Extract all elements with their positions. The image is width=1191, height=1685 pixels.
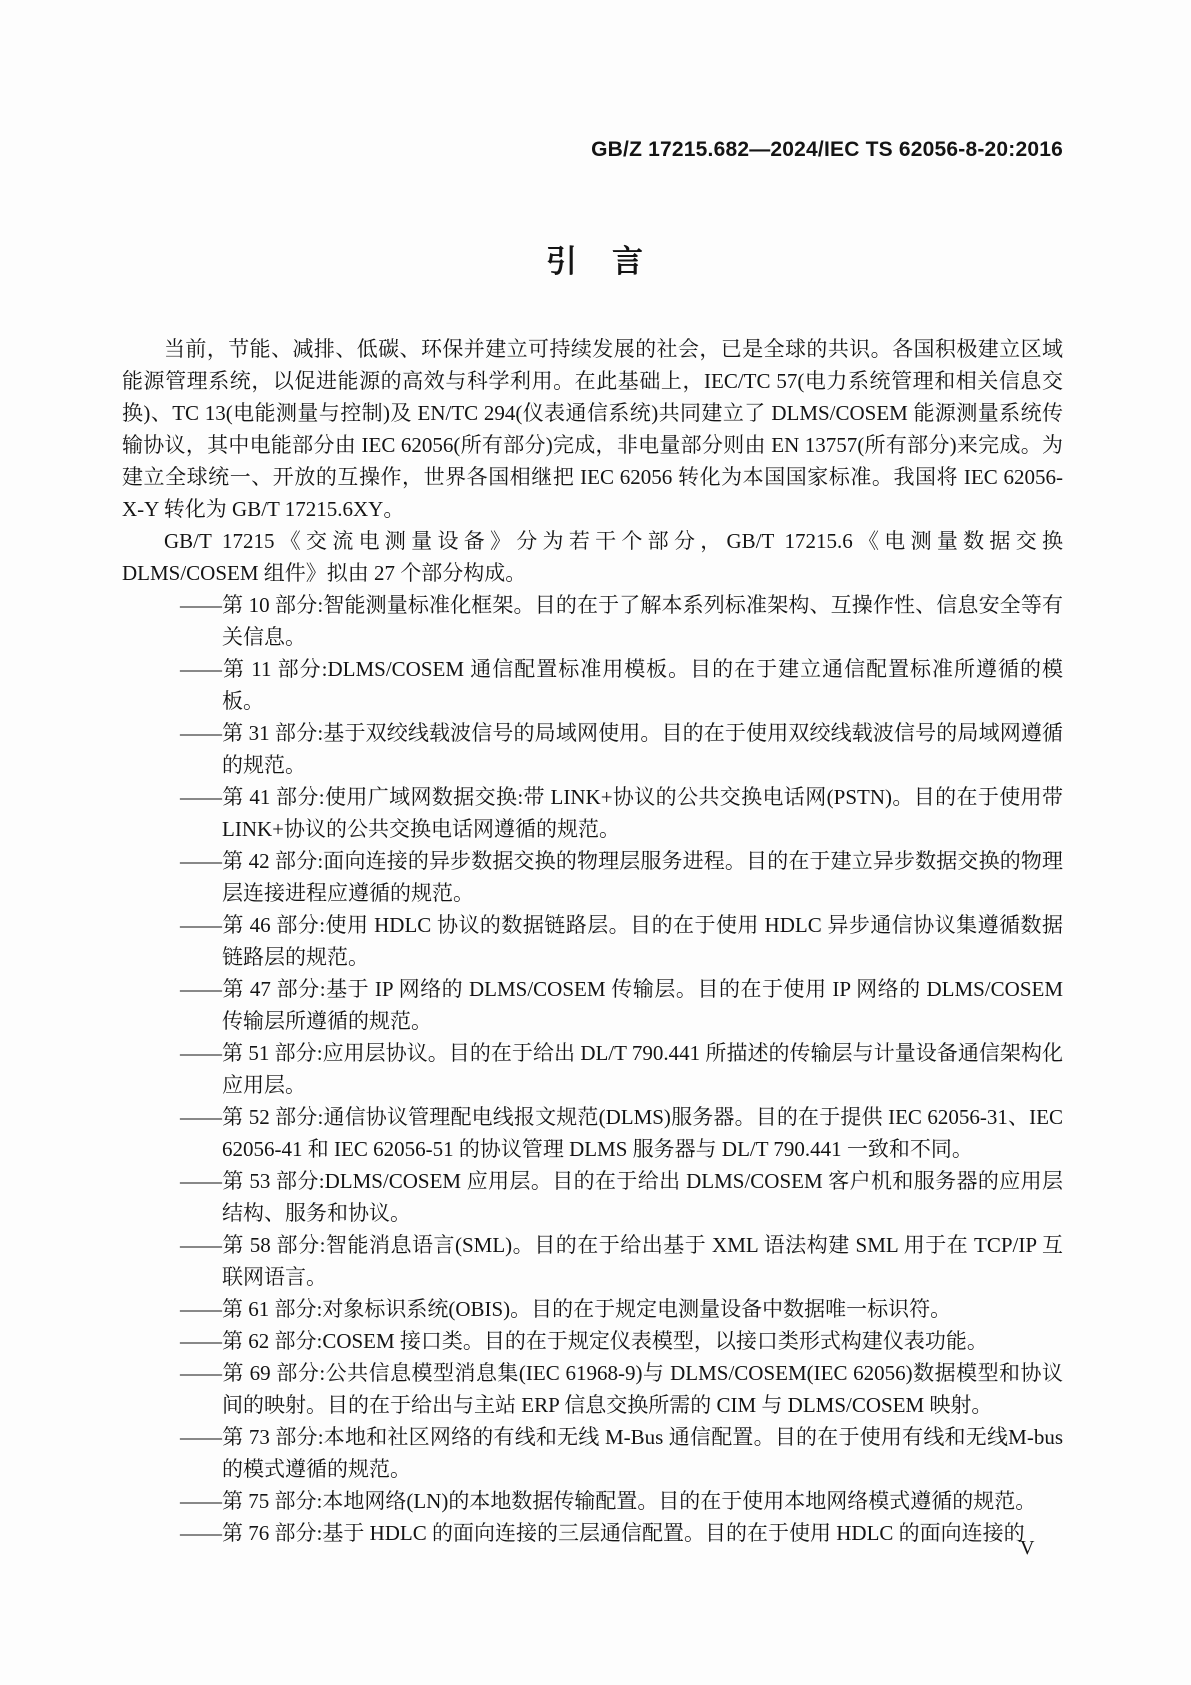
parts-list-item-61: ——第 61 部分:对象标识系统(OBIS)。目的在于规定电测量设备中数据唯一标… xyxy=(122,1293,1063,1325)
parts-list-item-76: ——第 76 部分:基于 HDLC 的面向连接的三层通信配置。目的在于使用 HD… xyxy=(122,1517,1063,1549)
introduction-body: 当前，节能、减排、低碳、环保并建立可持续发展的社会，已是全球的共识。各国积极建立… xyxy=(122,333,1063,1549)
parts-list-item-52: ——第 52 部分:通信协议管理配电线报文规范(DLMS)服务器。目的在于提供 … xyxy=(122,1101,1063,1165)
page-number: V xyxy=(1020,1537,1034,1560)
parts-list-item-47: ——第 47 部分:基于 IP 网络的 DLMS/COSEM 传输层。目的在于使… xyxy=(122,973,1063,1037)
parts-list: ——第 10 部分:智能测量标准化框架。目的在于了解本系列标准架构、互操作性、信… xyxy=(122,589,1063,1549)
parts-list-item-62: ——第 62 部分:COSEM 接口类。目的在于规定仪表模型，以接口类形式构建仪… xyxy=(122,1325,1063,1357)
parts-list-item-69: ——第 69 部分:公共信息模型消息集(IEC 61968-9)与 DLMS/C… xyxy=(122,1357,1063,1421)
parts-list-item-11: ——第 11 部分:DLMS/COSEM 通信配置标准用模板。目的在于建立通信配… xyxy=(122,653,1063,717)
parts-list-item-41: ——第 41 部分:使用广域网数据交换:带 LINK+协议的公共交换电话网(PS… xyxy=(122,781,1063,845)
standard-code-header: GB/Z 17215.682—2024/IEC TS 62056-8-20:20… xyxy=(122,138,1063,162)
parts-list-item-42: ——第 42 部分:面向连接的异步数据交换的物理层服务进程。目的在于建立异步数据… xyxy=(122,845,1063,909)
page-title: 引 言 xyxy=(0,236,1191,281)
parts-list-item-46: ——第 46 部分:使用 HDLC 协议的数据链路层。目的在于使用 HDLC 异… xyxy=(122,909,1063,973)
parts-list-item-51: ——第 51 部分:应用层协议。目的在于给出 DL/T 790.441 所描述的… xyxy=(122,1037,1063,1101)
parts-list-item-31: ——第 31 部分:基于双绞线载波信号的局域网使用。目的在于使用双绞线载波信号的… xyxy=(122,717,1063,781)
parts-list-item-53: ——第 53 部分:DLMS/COSEM 应用层。目的在于给出 DLMS/COS… xyxy=(122,1165,1063,1229)
intro-paragraph-1: 当前，节能、减排、低碳、环保并建立可持续发展的社会，已是全球的共识。各国积极建立… xyxy=(122,333,1063,525)
parts-list-item-75: ——第 75 部分:本地网络(LN)的本地数据传输配置。目的在于使用本地网络模式… xyxy=(122,1485,1063,1517)
intro-paragraph-2: GB/T 17215《交流电测量设备》分为若干个部分，GB/T 17215.6《… xyxy=(122,525,1063,589)
document-page: GB/Z 17215.682—2024/IEC TS 62056-8-20:20… xyxy=(0,0,1191,1685)
parts-list-item-58: ——第 58 部分:智能消息语言(SML)。目的在于给出基于 XML 语法构建 … xyxy=(122,1229,1063,1293)
parts-list-item-73: ——第 73 部分:本地和社区网络的有线和无线 M-Bus 通信配置。目的在于使… xyxy=(122,1421,1063,1485)
parts-list-item-10: ——第 10 部分:智能测量标准化框架。目的在于了解本系列标准架构、互操作性、信… xyxy=(122,589,1063,653)
